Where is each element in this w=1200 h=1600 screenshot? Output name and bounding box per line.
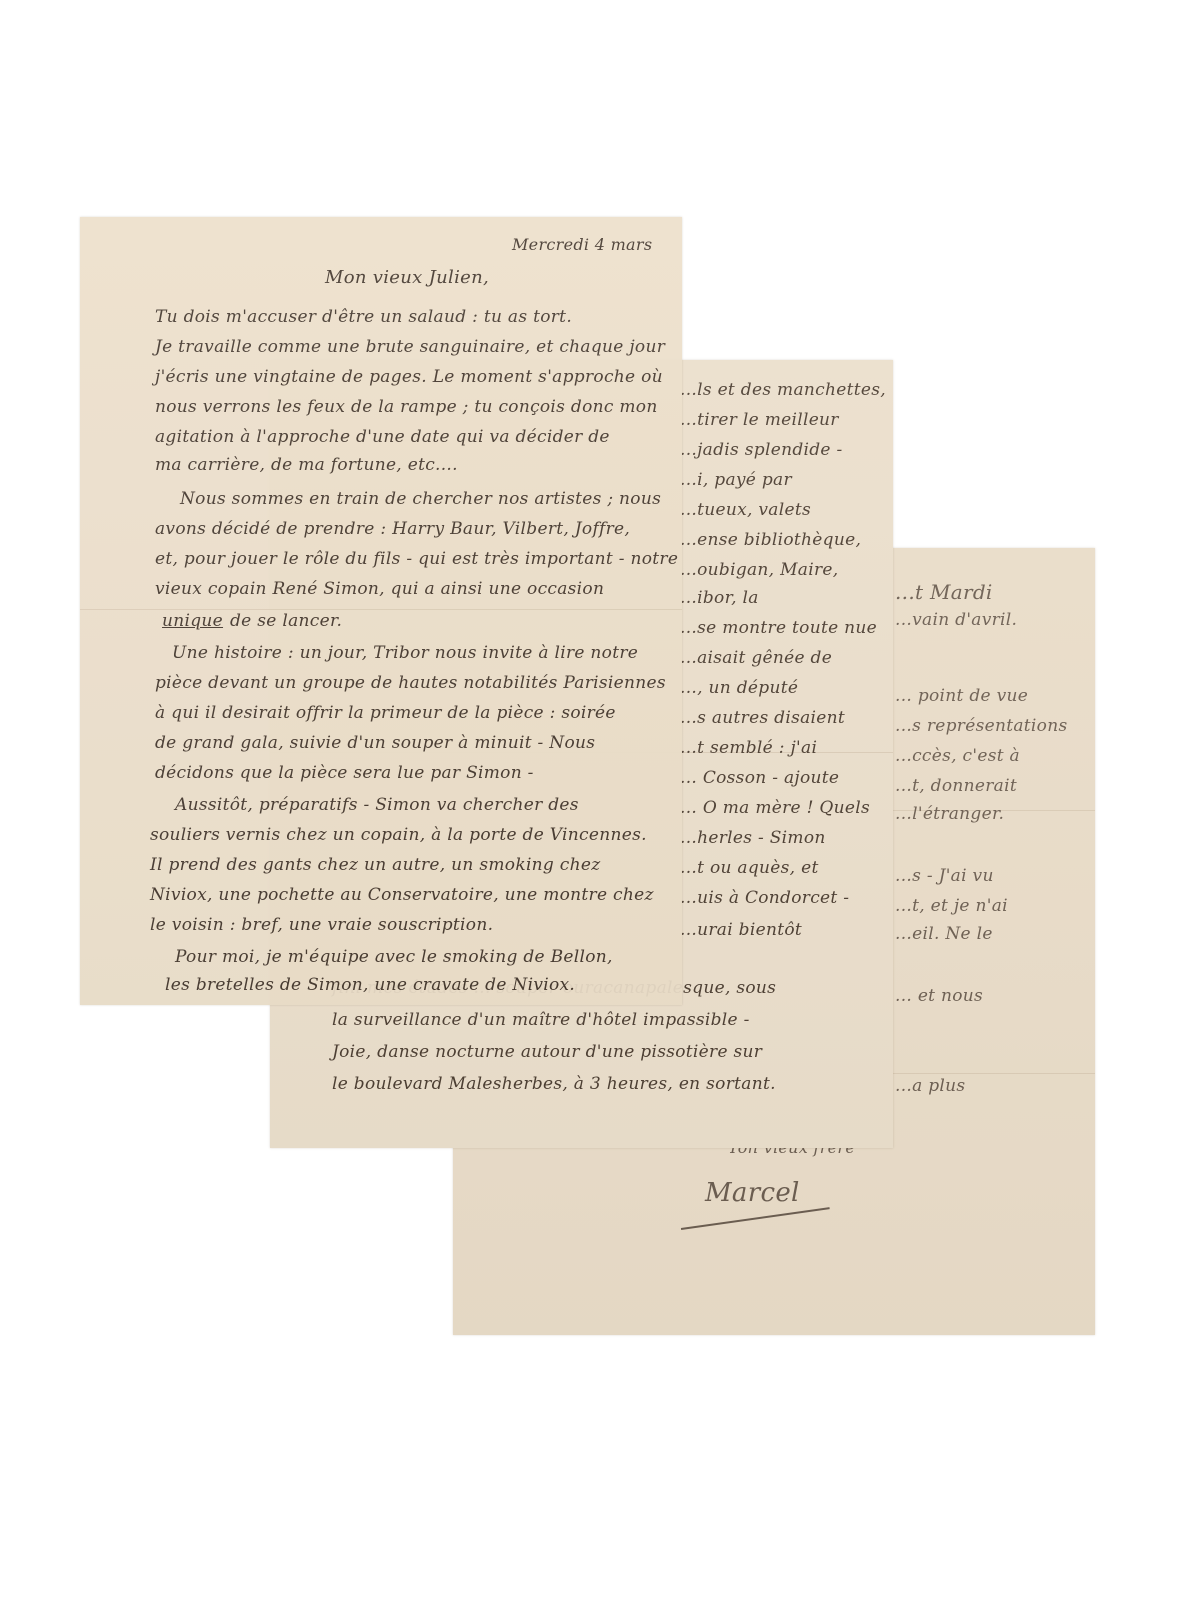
sheet3-line: ...t, donnerait (895, 776, 1017, 796)
sheet2-line: ...t ou aquès, et (680, 858, 819, 878)
letter-line: de se lancer. (230, 611, 342, 631)
letter-date: Mercredi 4 mars (512, 235, 652, 254)
sheet2-line: ...i, payé par (680, 470, 792, 490)
letter-line: ma carrière, de ma fortune, etc.... (155, 455, 458, 475)
letter-line: vieux copain René Simon, qui a ainsi une… (155, 579, 604, 599)
sheet3-line: ... point de vue (895, 686, 1028, 706)
sheet2-bottom-line: le boulevard Malesherbes, à 3 heures, en… (332, 1074, 776, 1094)
letter-line: Tu dois m'accuser d'être un salaud : tu … (155, 307, 572, 327)
sheet3-line: ...ccès, c'est à (895, 746, 1020, 766)
sheet3-line: ...l'étranger. (895, 804, 1004, 824)
sheet3-line: ...s représentations (895, 716, 1067, 736)
letter-line: Aussitôt, préparatifs - Simon va cherche… (175, 795, 579, 815)
letter-line: le voisin : bref, une vraie souscription… (150, 915, 493, 935)
sheet3-line: ...eil. Ne le (895, 924, 993, 944)
letter-line: décidons que la pièce sera lue par Simon… (155, 763, 534, 783)
letter-line: avons décidé de prendre : Harry Baur, Vi… (155, 519, 630, 539)
sheet2-line: ...urai bientôt (680, 920, 802, 940)
sheet2-bottom-line: Joie, danse nocturne autour d'une pissot… (332, 1042, 762, 1062)
sheet3-line: ...s - J'ai vu (895, 866, 994, 886)
fold-line (80, 609, 682, 610)
sheet2-line: ...jadis splendide - (680, 440, 843, 460)
sheet2-line: ...ibor, la (680, 588, 759, 608)
letter-line: Il prend des gants chez un autre, un smo… (150, 855, 601, 875)
sheet3-line: ...t, et je n'ai (895, 896, 1008, 916)
underlined-word: unique (162, 611, 223, 631)
letter-line: Nous sommes en train de chercher nos art… (180, 489, 661, 509)
sheet2-line: ...aisait gênée de (680, 648, 832, 668)
sheet2-line: ... O ma mère ! Quels (680, 798, 870, 818)
sheet2-line: ...herles - Simon (680, 828, 826, 848)
sheet2-line: ...uis à Condorcet - (680, 888, 849, 908)
letter-line: les bretelles de Simon, une cravate de N… (165, 975, 575, 995)
letter-sheet-1: Mercredi 4 mars Mon vieux Julien, Tu doi… (80, 217, 682, 1005)
sheet2-line: ...oubigan, Maire, (680, 560, 838, 580)
sheet3-line: ...a plus (895, 1076, 965, 1096)
sheet3-line: ... et nous (895, 986, 983, 1006)
letter-line: Niviox, une pochette au Conservatoire, u… (150, 885, 654, 905)
sheet2-line: ...ls et des manchettes, (680, 380, 886, 400)
sheet2-line: ...ense bibliothèque, (680, 530, 861, 550)
letter-line: Je travaille comme une brute sanguinaire… (155, 337, 665, 357)
sheet3-header-line: ...vain d'avril. (895, 610, 1017, 630)
sheet2-line: ...tueux, valets (680, 500, 811, 520)
letter-line: agitation à l'approche d'une date qui va… (155, 427, 610, 447)
signature: Marcel (705, 1178, 800, 1208)
sheet2-line: ... Cosson - ajoute (680, 768, 839, 788)
sheet2-line: ...t semblé : j'ai (680, 738, 817, 758)
letter-line: et, pour jouer le rôle du fils - qui est… (155, 549, 678, 569)
letter-line: pièce devant un groupe de hautes notabil… (155, 673, 666, 693)
letter-line: Pour moi, je m'équipe avec le smoking de… (175, 947, 613, 967)
letter-salutation: Mon vieux Julien, (325, 267, 489, 288)
letter-line: Une histoire : un jour, Tribor nous invi… (172, 643, 638, 663)
letter-line: j'écris une vingtaine de pages. Le momen… (155, 367, 663, 387)
sheet2-line: ...se montre toute nue (680, 618, 877, 638)
sheet3-header-line: ...t Mardi (895, 580, 993, 604)
signature-underline (681, 1207, 830, 1229)
sheet2-line: ..., un député (680, 678, 798, 698)
letter-line: de grand gala, suivie d'un souper à minu… (155, 733, 595, 753)
letter-line: nous verrons les feux de la rampe ; tu c… (155, 397, 658, 417)
letter-line: souliers vernis chez un copain, à la por… (150, 825, 647, 845)
letter-line: à qui il desirait offrir la primeur de l… (155, 703, 616, 723)
sheet2-line: ...tirer le meilleur (680, 410, 839, 430)
sheet2-line: ...s autres disaient (680, 708, 845, 728)
sheet2-bottom-line: la surveillance d'un maître d'hôtel impa… (332, 1010, 750, 1030)
